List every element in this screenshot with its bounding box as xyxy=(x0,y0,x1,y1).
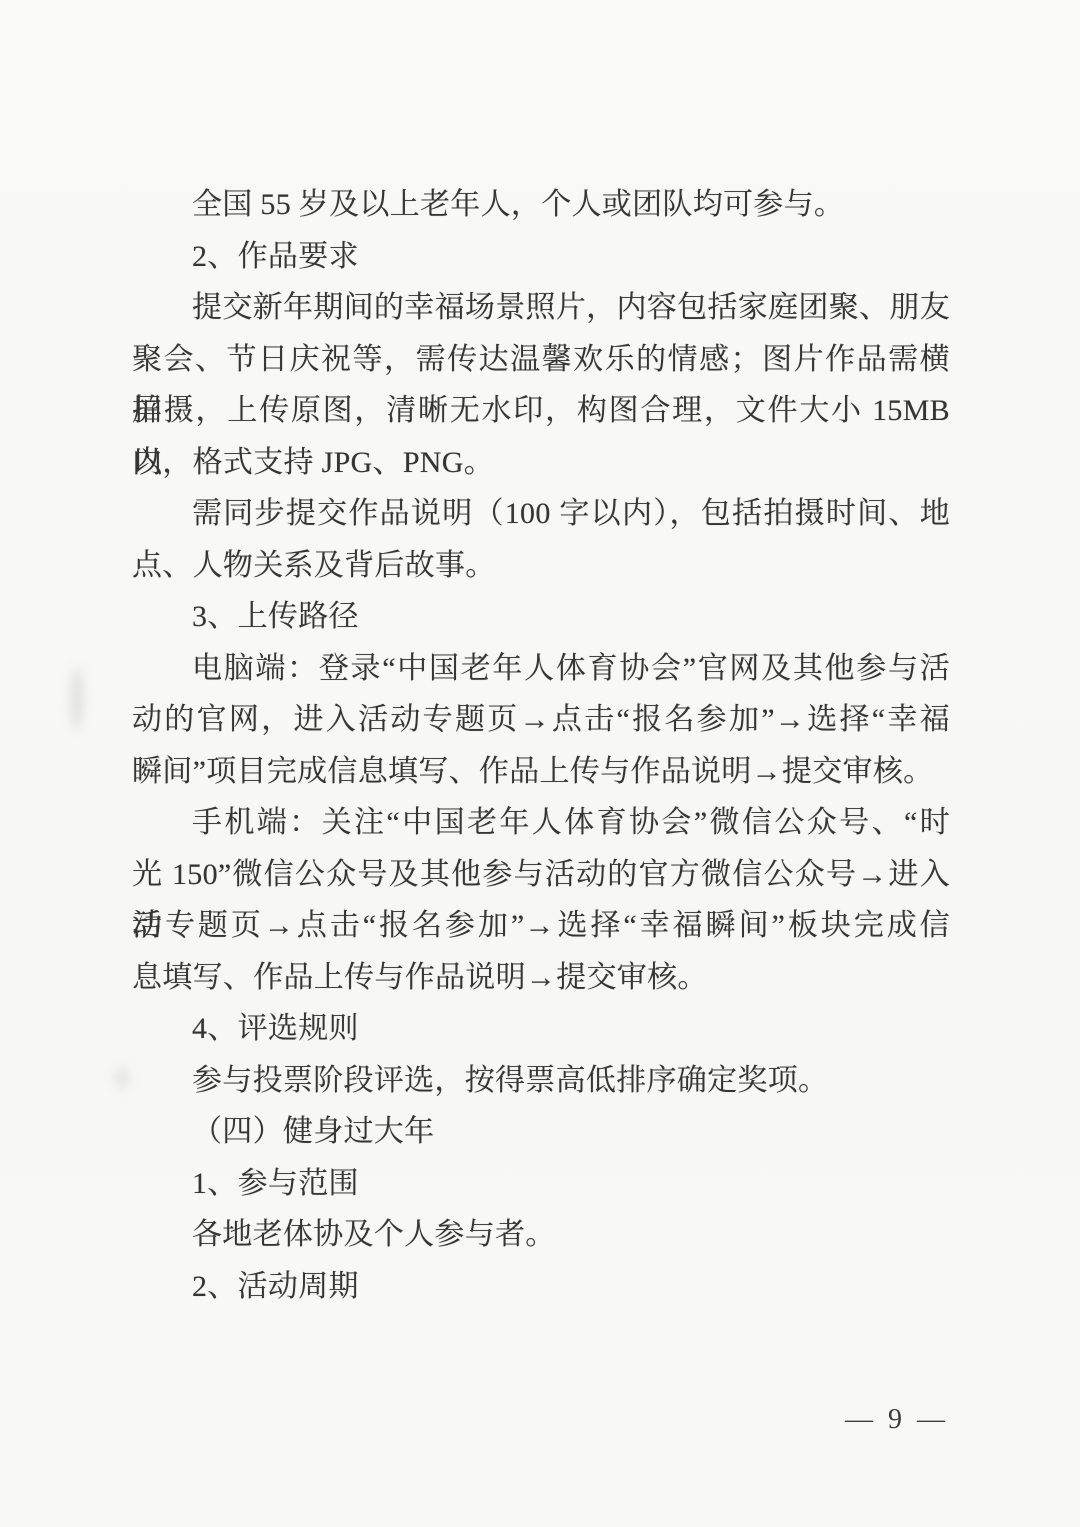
body-line: 提交新年期间的幸福场景照片，内容包括家庭团聚、朋友 xyxy=(132,282,950,334)
document-page: 全国 55 岁及以上老年人，个人或团队均可参与。 2、作品要求 提交新年期间的幸… xyxy=(0,0,1080,1527)
body-line: 需同步提交作品说明（100 字以内），包括拍摄时间、地 xyxy=(132,488,950,540)
body-line: 电脑端：登录“中国老年人体育协会”官网及其他参与活 xyxy=(132,643,950,695)
body-line: 息填写、作品上传与作品说明→提交审核。 xyxy=(132,952,950,1004)
body-line: 全国 55 岁及以上老年人，个人或团队均可参与。 xyxy=(132,179,950,231)
body-line: 动专题页→点击“报名参加”→选择“幸福瞬间”板块完成信 xyxy=(132,900,950,952)
body-line: 拍摄，上传原图，清晰无水印，构图合理，文件大小 15MB 以 xyxy=(132,385,950,437)
body-line: 手机端：关注“中国老年人体育协会”微信公众号、“时 xyxy=(132,797,950,849)
heading-line: 3、上传路径 xyxy=(132,591,950,643)
scan-smudge xyxy=(114,1066,130,1090)
heading-line: 2、活动周期 xyxy=(132,1261,950,1313)
body-line: 点、人物关系及背后故事。 xyxy=(132,540,950,592)
body-line: 瞬间”项目完成信息填写、作品上传与作品说明→提交审核。 xyxy=(132,746,950,798)
body-line: 参与投票阶段评选，按得票高低排序确定奖项。 xyxy=(132,1055,950,1107)
page-number: — 9 — xyxy=(845,1398,949,1442)
scan-smudge xyxy=(70,668,84,730)
heading-line: 2、作品要求 xyxy=(132,231,950,283)
body-line: 内，格式支持 JPG、PNG。 xyxy=(132,437,950,489)
section-heading-line: （四）健身过大年 xyxy=(132,1106,950,1158)
body-line: 动的官网，进入活动专题页→点击“报名参加”→选择“幸福 xyxy=(132,694,950,746)
body-line: 光 150”微信公众号及其他参与活动的官方微信公众号→进入活 xyxy=(132,849,950,901)
body-line: 聚会、节日庆祝等，需传达温馨欢乐的情感；图片作品需横屏 xyxy=(132,334,950,386)
heading-line: 1、参与范围 xyxy=(132,1158,950,1210)
heading-line: 4、评选规则 xyxy=(132,1003,950,1055)
body-line: 各地老体协及个人参与者。 xyxy=(132,1209,950,1261)
document-body: 全国 55 岁及以上老年人，个人或团队均可参与。 2、作品要求 提交新年期间的幸… xyxy=(132,179,950,1312)
